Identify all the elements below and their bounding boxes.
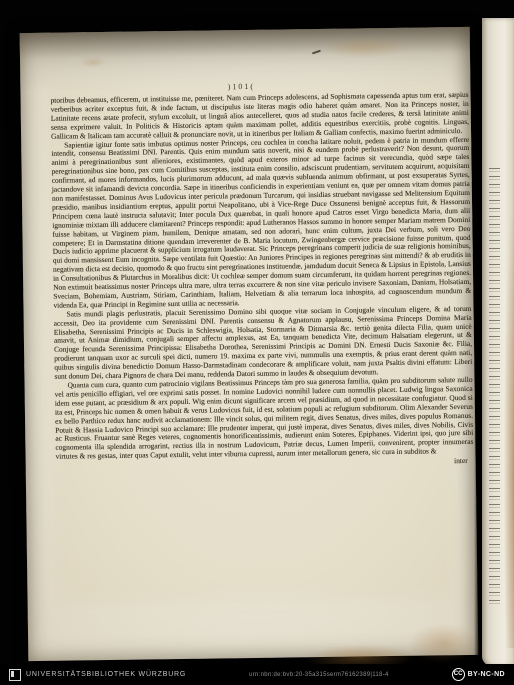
edge-browning bbox=[504, 218, 514, 648]
foxing-stain bbox=[320, 36, 410, 59]
paragraph-quanta-cum-cura: Quanta cum cura, quanto cum patrocinio v… bbox=[55, 376, 474, 462]
paragraph-sapientiae: Sapientiæ igitur fonte satis imbutus opt… bbox=[51, 135, 471, 310]
foxing-stain bbox=[408, 623, 479, 664]
foxing-stain bbox=[80, 56, 106, 68]
facing-page-edge bbox=[482, 18, 514, 666]
book-scan-viewport: )101( ptoribus debeamus, efficerem, ut i… bbox=[0, 0, 514, 685]
cc-license-badge: CC BY-NC-ND bbox=[452, 668, 505, 681]
adjacent-page-text bbox=[489, 168, 500, 608]
latin-text-block: ptoribus debeamus, efficerem, ut institu… bbox=[51, 91, 474, 472]
watermark-bar: UNIVERSITÄTSBIBLIOTHEK WÜRZBURG urn:nbn:… bbox=[0, 664, 514, 685]
library-logo-icon bbox=[9, 669, 21, 681]
library-name: UNIVERSITÄTSBIBLIOTHEK WÜRZBURG bbox=[26, 671, 186, 678]
paragraph-satis-mundi: Satis mundi plagis perlustratis, placuit… bbox=[54, 305, 473, 382]
creative-commons-icon: CC bbox=[452, 668, 465, 681]
scanned-book-page: )101( ptoribus debeamus, efficerem, ut i… bbox=[20, 27, 479, 661]
library-brand: UNIVERSITÄTSBIBLIOTHEK WÜRZBURG bbox=[9, 669, 186, 681]
ink-mark bbox=[312, 50, 321, 55]
paragraph-continuation: ptoribus debeamus, efficerem, ut institu… bbox=[51, 91, 470, 141]
urn-identifier: urn:nbn:de:bvb:20-35a315serm76162389|118… bbox=[249, 672, 388, 678]
license-label: BY-NC-ND bbox=[468, 671, 505, 678]
